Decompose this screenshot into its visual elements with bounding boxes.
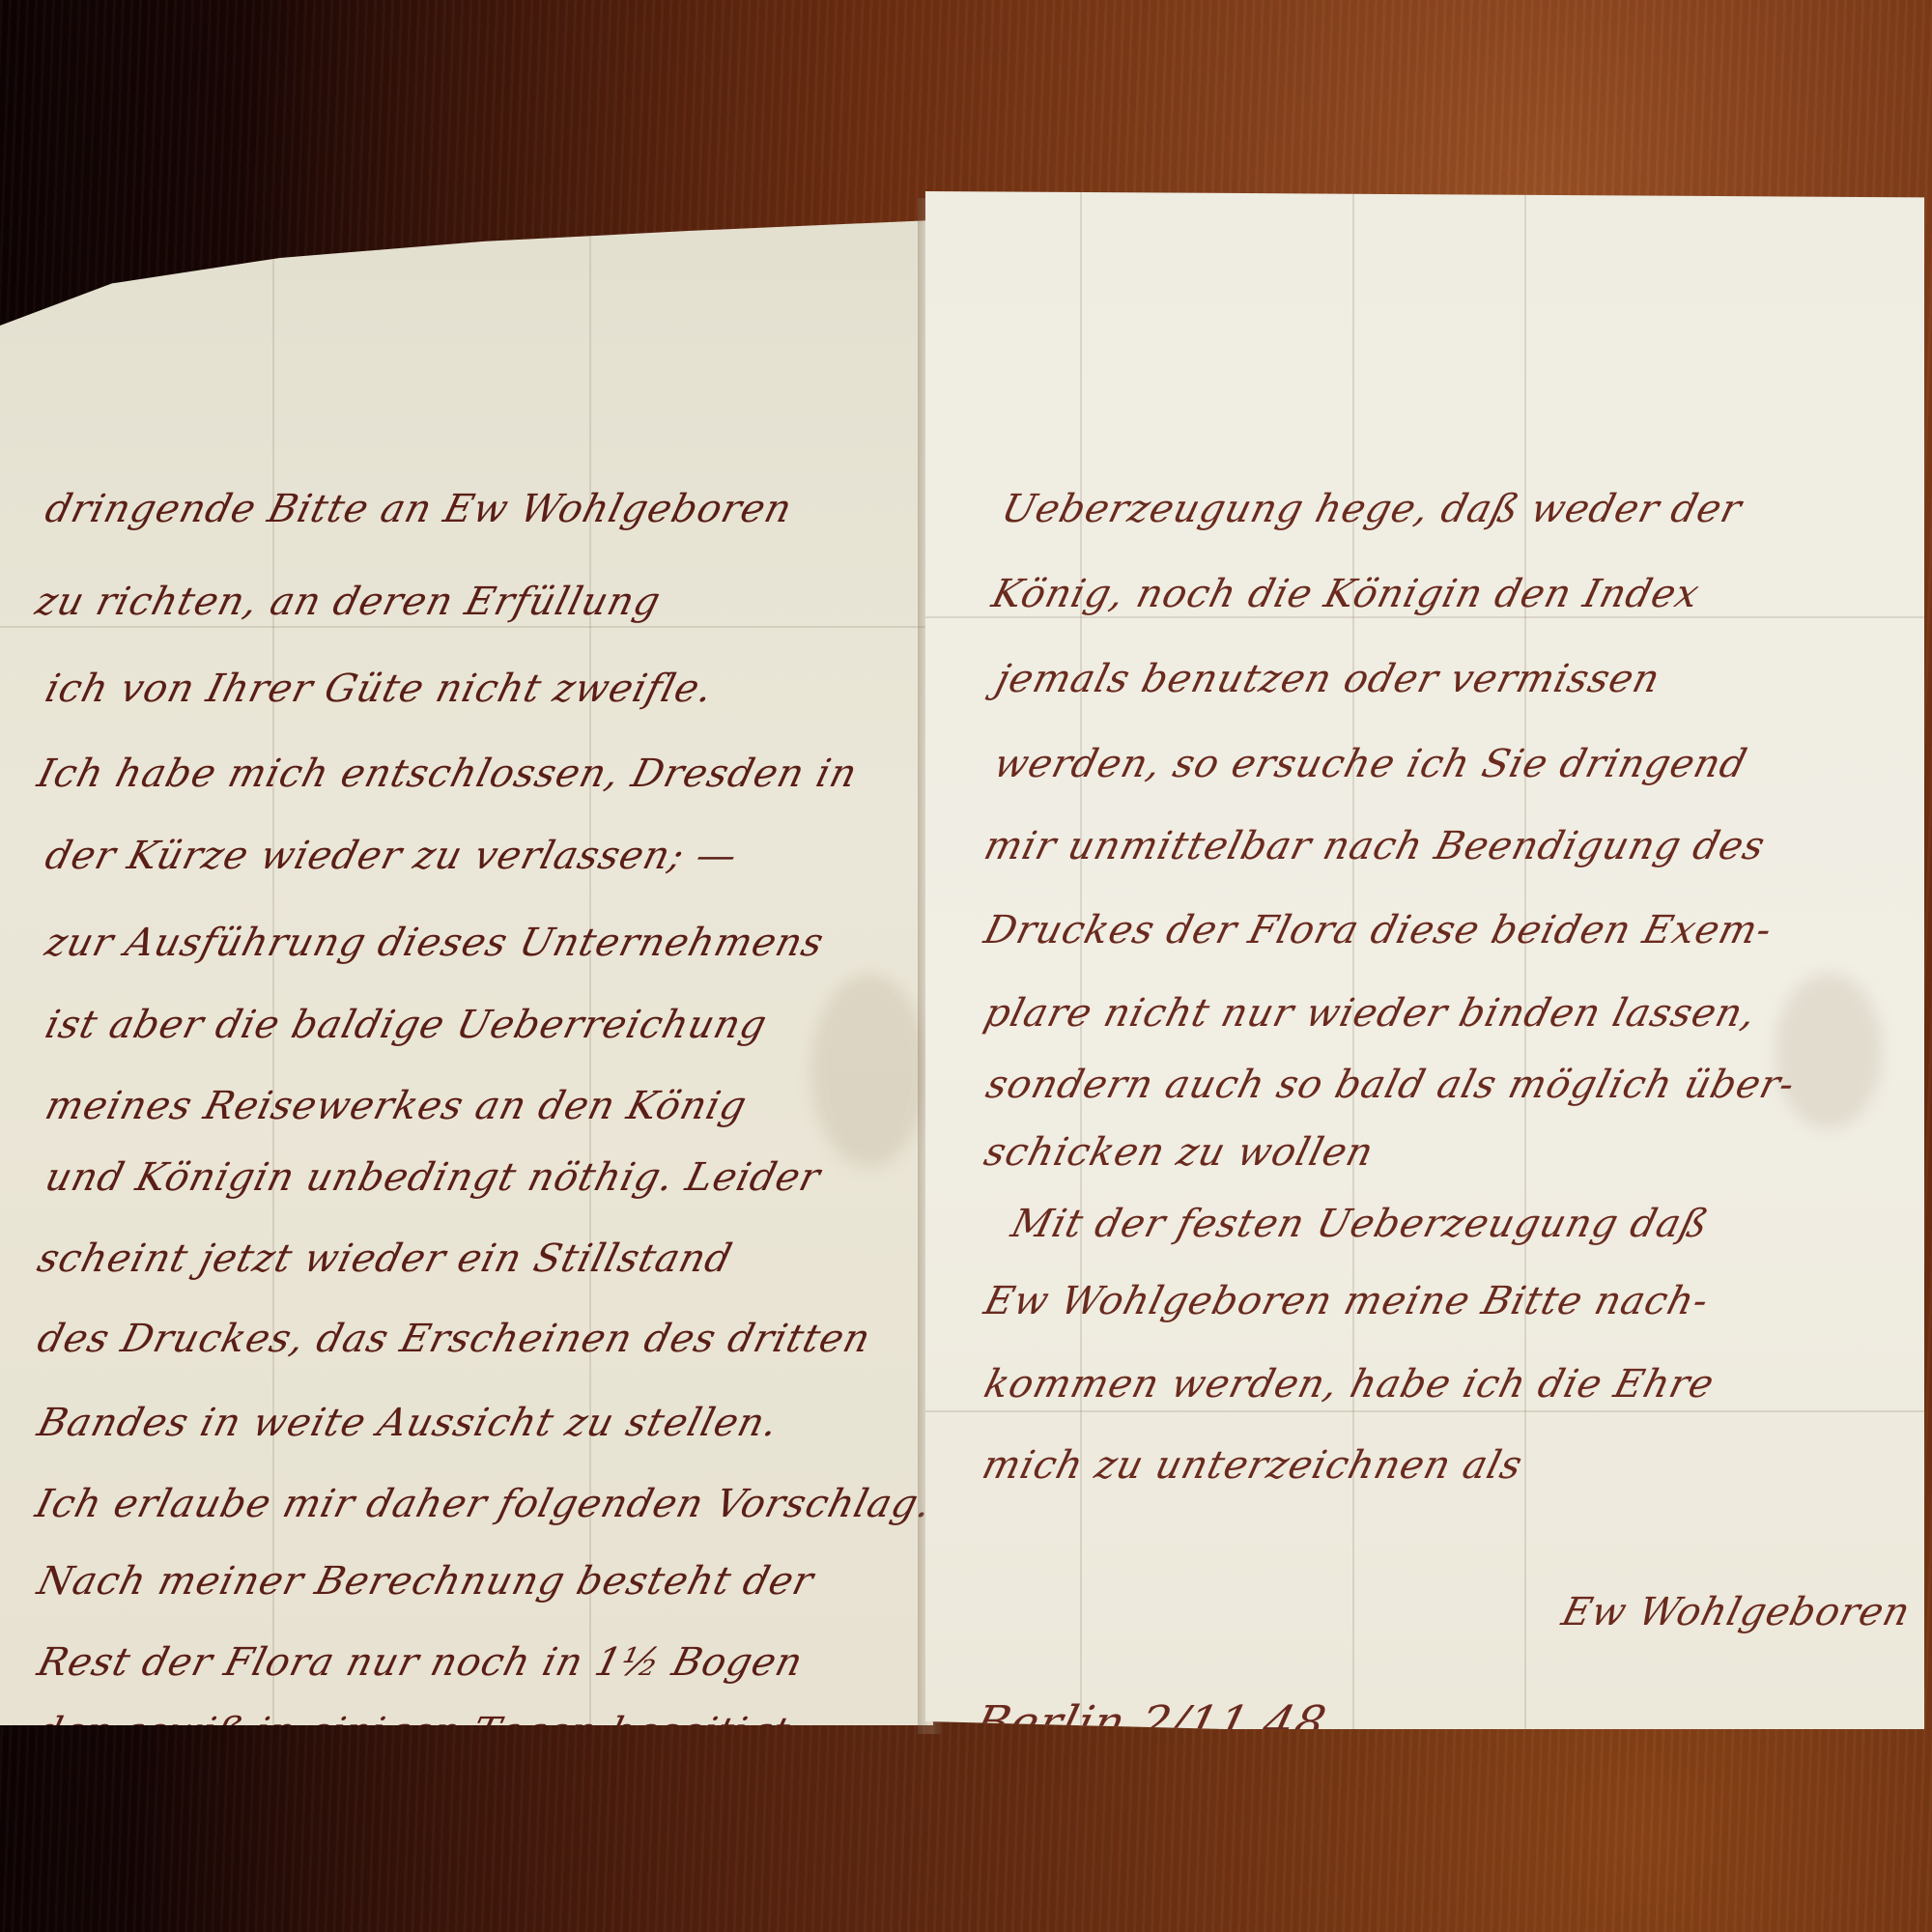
left-page: dringende Bitte an Ew Wohlgeboren zu ric… [0, 220, 933, 1725]
text-line: mir unmittelbar nach Beendigung des [980, 824, 1770, 868]
text-line: kommen werden, habe ich die Ehre [980, 1362, 1719, 1406]
paper-stain [1776, 974, 1882, 1128]
text-line: Ew Wohlgeboren meine Bitte nach- [980, 1279, 1713, 1323]
text-line: werden, so ersuche ich Sie dringend [989, 742, 1751, 786]
paper-fold [0, 626, 933, 628]
text-line: des Druckes, das Erscheinen des dritten [33, 1317, 875, 1361]
text-line: Druckes der Flora diese beiden Exem- [980, 908, 1776, 952]
text-line: zur Ausführung dieses Unternehmens [41, 921, 829, 965]
text-line: schicken zu wollen [980, 1130, 1378, 1175]
place-date: Berlin 2/11 48. [969, 1696, 1348, 1750]
text-line: Mit der festen Ueberzeugung daß [1007, 1202, 1713, 1246]
text-line: und Königin unbedingt nöthig. Leider [41, 1155, 825, 1200]
paper-fold [1080, 191, 1082, 1729]
text-line: ist aber die baldige Ueberreichung [41, 1003, 772, 1047]
text-line: scheint jetzt wieder ein Stillstand [33, 1236, 737, 1281]
text-line: ich von Ihrer Güte nicht zweifle. [41, 667, 718, 711]
signature: Richard Schomburgk [1242, 1853, 1793, 1909]
text-line: Ueberzeugung hege, daß weder der [997, 487, 1747, 531]
paper-fold [1352, 191, 1354, 1729]
text-line: sondern auch so bald als möglich über- [981, 1063, 1800, 1107]
paper-stain [811, 974, 927, 1167]
closing-line: Ew Wohlgeboren [1557, 1590, 1915, 1634]
text-line: mich zu unterzeichnen als [978, 1443, 1527, 1488]
text-line: dringende Bitte an Ew Wohlgeboren [41, 487, 797, 531]
text-line: Ich habe mich entschlossen, Dresden in [33, 752, 862, 796]
complimentary-close: ergebenster [1577, 1776, 1801, 1814]
text-line: plare nicht nur wieder binden lassen, [980, 991, 1761, 1036]
paper-fold [1524, 191, 1526, 1729]
text-line: König, noch die Königin den Index [987, 572, 1704, 616]
text-line: der gewiß in einigen Tagen beseitigt [31, 1710, 794, 1754]
text-line: zu richten, an deren Erfüllung [31, 580, 666, 624]
right-page: Ueberzeugung hege, daß weder der König, … [925, 191, 1924, 1729]
text-line: Ich erlaube mir daher folgenden Vorschla… [31, 1482, 936, 1526]
text-line: Rest der Flora nur noch in 1½ Bogen [33, 1640, 808, 1685]
text-line: Bandes in weite Aussicht zu stellen. [33, 1401, 782, 1445]
text-line: meines Reisewerkes an den König [41, 1084, 752, 1128]
text-line: der Kürze wieder zu verlassen; — [41, 834, 742, 878]
paper-fold [925, 616, 1924, 618]
text-line: werden könnte; da ich nun die feste [31, 1764, 781, 1808]
text-line: Nach meiner Berechnung besteht der [33, 1559, 818, 1604]
paper-fold [925, 1410, 1924, 1412]
text-line: jemals benutzen oder vermissen [991, 657, 1664, 701]
